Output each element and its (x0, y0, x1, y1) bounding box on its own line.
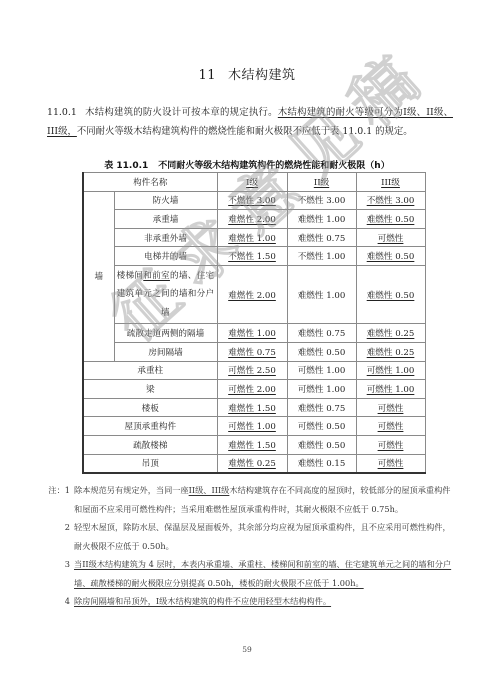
grade-3-value: 可燃性 (356, 436, 425, 455)
grade-1-value: 难燃性 1.50 (217, 398, 287, 417)
grade-2-value: 难燃性 0.75 (287, 398, 356, 417)
note-text-underlined: II级、III级 (189, 485, 230, 495)
grade-1-value: 难燃性 1.00 (217, 324, 287, 343)
grade-2-value: 难燃性 1.00 (287, 210, 356, 229)
grade-1-value: 不燃性 3.00 (217, 191, 287, 210)
grade-1-value: 难燃性 0.75 (217, 343, 287, 362)
table-caption: 表 11.0.1不同耐火等级木结构建筑构件的燃烧性能和耐火极限（h） (0, 158, 494, 171)
clause-11-0-1: 11.0.1木结构建筑的防火设计可按本章的规定执行。木结构建筑的耐火等级可分为I… (47, 104, 453, 141)
note-text-underlined: 当II级木结构建筑为 4 层时，本表内承重墙、承重柱、楼梯间和前室的墙、住宅建筑… (74, 559, 451, 588)
table-row: 疏散楼梯 难燃性 1.50 难燃性 0.50 可燃性 (83, 436, 425, 455)
grade-1-value: 可燃性 2.50 (217, 361, 287, 380)
note-text-underlined: 除房间隔墙和吊顶外，I级木结构建筑的构件不应使用轻型木结构构件。 (74, 596, 331, 606)
table-title: 不同耐火等级木结构建筑构件的燃烧性能和耐火极限（h） (158, 161, 389, 171)
note-1-label: 注：1 (44, 481, 70, 500)
table-row: 梁 可燃性 2.00 可燃性 1.00 可燃性 1.00 (83, 380, 425, 399)
grade-2-value: 难燃性 0.75 (287, 324, 356, 343)
table-row: 屋顶承重构件 可燃性 1.00 可燃性 0.50 可燃性 (83, 417, 425, 436)
component-name: 防火墙 (114, 191, 217, 210)
grade-1-value: 可燃性 1.00 (217, 417, 287, 436)
grade-2-value: 可燃性 1.00 (287, 361, 356, 380)
component-name: 非承重外墙 (114, 228, 217, 247)
grade-1-value: 难燃性 2.00 (217, 210, 287, 229)
document-page: 11木结构建筑 11.0.1木结构建筑的防火设计可按本章的规定执行。木结构建筑的… (0, 0, 494, 700)
grade-2-value: 难燃性 0.50 (287, 436, 356, 455)
grade-3-value: 难燃性 0.50 (356, 210, 425, 229)
grade-1-value: 不燃性 1.50 (217, 247, 287, 266)
grade-2-value: 不燃性 3.00 (287, 191, 356, 210)
grade-2-value: 难燃性 1.00 (287, 265, 356, 324)
table-row: 电梯井的墙 不燃性 1.50 不燃性 1.00 难燃性 0.50 (83, 247, 425, 266)
grade-3-value: 不燃性 3.00 (356, 191, 425, 210)
grade-3-value: 可燃性 1.00 (356, 380, 425, 399)
component-name: 屋顶承重构件 (83, 417, 217, 436)
grade-1-value: 可燃性 2.00 (217, 380, 287, 399)
name-part: 楼梯间 (117, 271, 144, 281)
note-3-label: 3 (44, 555, 70, 574)
note-text: 除本规范另有规定外，当同一座 (74, 485, 189, 495)
table-row: 承重柱 可燃性 2.50 可燃性 1.00 可燃性 1.00 (83, 361, 425, 380)
grade-3-value: 可燃性 (356, 228, 425, 247)
grade-1-value: 难燃性 1.00 (217, 228, 287, 247)
component-name: 吊顶 (83, 454, 217, 473)
component-name: 电梯井的墙 (114, 247, 217, 266)
grade-3-value: 难燃性 0.25 (356, 343, 425, 362)
component-name: 梁 (83, 380, 217, 399)
clause-number: 11.0.1 (47, 107, 77, 118)
component-name: 承重墙 (114, 210, 217, 229)
grade-3-value: 可燃性 (356, 454, 425, 473)
note-1: 注：1 除本规范另有规定外，当同一座II级、III级木结构建筑存在不同高度的屋顶… (44, 481, 456, 518)
table-row: 疏散走道两侧的隔墙 难燃性 1.00 难燃性 0.75 难燃性 0.25 (83, 324, 425, 343)
grade-3-value: 难燃性 0.25 (356, 324, 425, 343)
grade-1-value: 难燃性 2.00 (217, 265, 287, 324)
table-row: 楼板 难燃性 1.50 难燃性 0.75 可燃性 (83, 398, 425, 417)
grade-2-value: 可燃性 0.50 (287, 417, 356, 436)
component-name: 楼板 (83, 398, 217, 417)
component-name: 疏散楼梯 (83, 436, 217, 455)
fire-resistance-table: 构件名称 I级 II级 III级 墙 防火墙 不燃性 3.00 不燃性 3.00… (82, 172, 426, 474)
name-part-underlined: 和前室 (143, 271, 170, 281)
note-4-label: 4 (44, 592, 70, 611)
note-2-label: 2 (44, 518, 70, 537)
grade-2-value: 难燃性 0.15 (287, 454, 356, 473)
table-row: 吊顶 难燃性 0.25 难燃性 0.15 可燃性 (83, 454, 425, 473)
table-header-row: 构件名称 I级 II级 III级 (83, 173, 425, 192)
component-name: 疏散走道两侧的隔墙 (114, 324, 217, 343)
grade-2-value: 难燃性 0.75 (287, 228, 356, 247)
page-number: 59 (0, 645, 494, 654)
chapter-title: 11木结构建筑 (0, 64, 494, 83)
grade-3-value: 可燃性 (356, 398, 425, 417)
table-row: 楼梯间和前室的墙、住宅建筑单元之间的墙和分户墙 难燃性 2.00 难燃性 1.0… (83, 265, 425, 324)
clause-text-2: 不同耐火等级木结构建筑构件的燃烧性能和耐火极限不应低于表 11.0.1 的规定。 (77, 126, 413, 137)
chapter-number: 11 (198, 68, 216, 83)
grade-2-value: 不燃性 1.00 (287, 247, 356, 266)
wall-group-label: 墙 (83, 191, 114, 361)
chapter-name: 木结构建筑 (228, 68, 296, 83)
table-row: 房间隔墙 难燃性 0.75 难燃性 0.50 难燃性 0.25 (83, 343, 425, 362)
header-grade-2: II级 (287, 173, 356, 192)
note-4: 4 除房间隔墙和吊顶外，I级木结构建筑的构件不应使用轻型木结构构件。 (44, 592, 456, 611)
grade-3-value: 难燃性 0.50 (356, 247, 425, 266)
component-name: 楼梯间和前室的墙、住宅建筑单元之间的墙和分户墙 (114, 265, 217, 324)
component-name: 房间隔墙 (114, 343, 217, 362)
header-grade-3: III级 (356, 173, 425, 192)
grade-1-value: 难燃性 0.25 (217, 454, 287, 473)
table-row: 墙 防火墙 不燃性 3.00 不燃性 3.00 不燃性 3.00 (83, 191, 425, 210)
header-component: 构件名称 (83, 173, 217, 192)
grade-2-value: 可燃性 1.00 (287, 380, 356, 399)
table-notes: 注：1 除本规范另有规定外，当同一座II级、III级木结构建筑存在不同高度的屋顶… (44, 481, 456, 611)
grade-1-value: 难燃性 1.50 (217, 436, 287, 455)
component-name: 承重柱 (83, 361, 217, 380)
header-grade-1: I级 (217, 173, 287, 192)
grade-2-value: 难燃性 0.50 (287, 343, 356, 362)
grade-3-value: 可燃性 1.00 (356, 361, 425, 380)
note-text: 轻型木屋顶，除防水层、保温层及屋面板外，其余部分均应视为屋顶承重构件，且不应采用… (74, 522, 451, 551)
note-2: 2 轻型木屋顶，除防水层、保温层及屋面板外，其余部分均应视为屋顶承重构件，且不应… (44, 518, 456, 555)
table-row: 承重墙 难燃性 2.00 难燃性 1.00 难燃性 0.50 (83, 210, 425, 229)
grade-3-value: 可燃性 (356, 417, 425, 436)
clause-text-1: 木结构建筑的防火设计可按本章的规定执行。 (85, 107, 278, 118)
grade-3-value: 难燃性 0.50 (356, 265, 425, 324)
table-number: 表 11.0.1 (104, 161, 148, 171)
note-3: 3 当II级木结构建筑为 4 层时，本表内承重墙、承重柱、楼梯间和前室的墙、住宅… (44, 555, 456, 592)
table-row: 非承重外墙 难燃性 1.00 难燃性 0.75 可燃性 (83, 228, 425, 247)
